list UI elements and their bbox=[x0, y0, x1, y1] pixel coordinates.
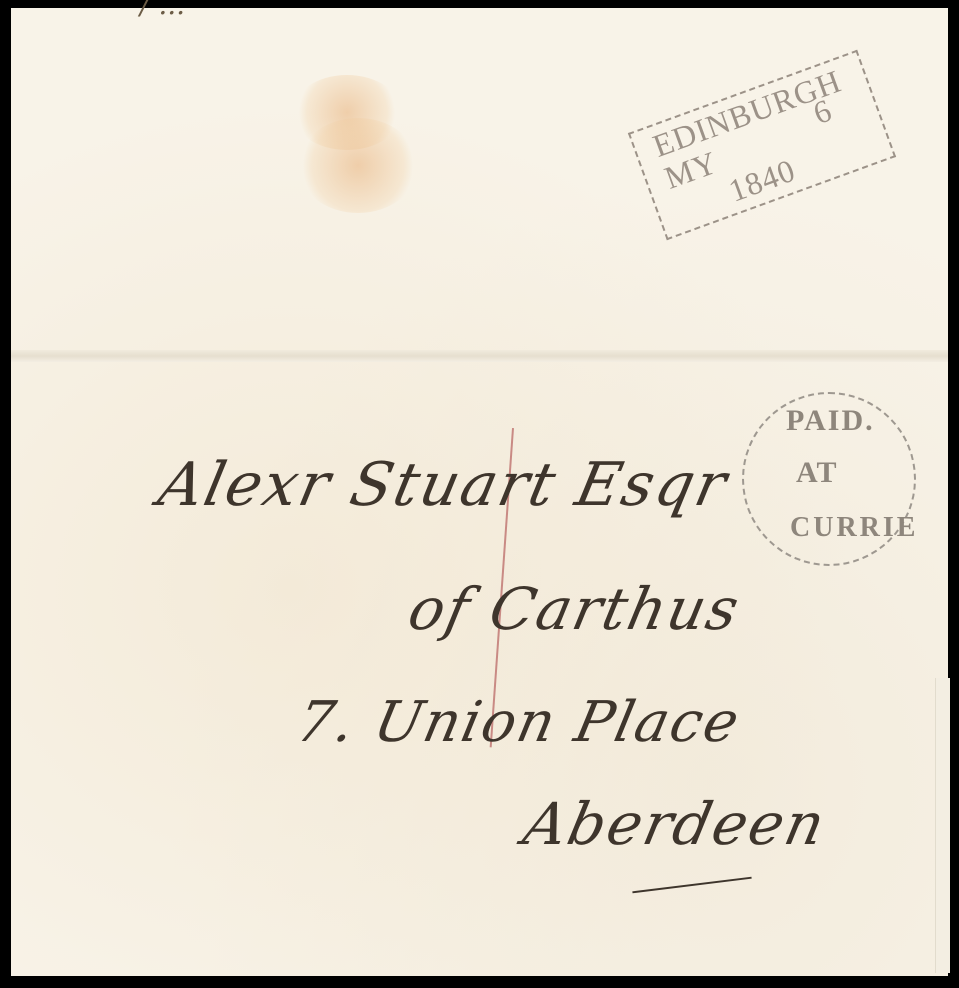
paid-stamp-top: PAID. bbox=[786, 404, 875, 438]
address-line-2: of Carthus bbox=[403, 575, 747, 643]
paper-edge-flap bbox=[935, 678, 950, 973]
fold-crease bbox=[11, 350, 948, 362]
address-city: Aberdeen bbox=[518, 790, 833, 858]
top-handwriting-fragment: / ... bbox=[140, 0, 185, 21]
address-name: Alexr Stuart Esqr bbox=[153, 450, 735, 520]
paid-stamp-bottom: CURRIE bbox=[790, 512, 918, 544]
stain-mark bbox=[298, 118, 418, 213]
address-line-3: 7. Union Place bbox=[291, 690, 746, 755]
paid-stamp-middle: AT bbox=[796, 456, 837, 490]
paid-stamp: PAID. AT CURRIE bbox=[742, 392, 916, 566]
